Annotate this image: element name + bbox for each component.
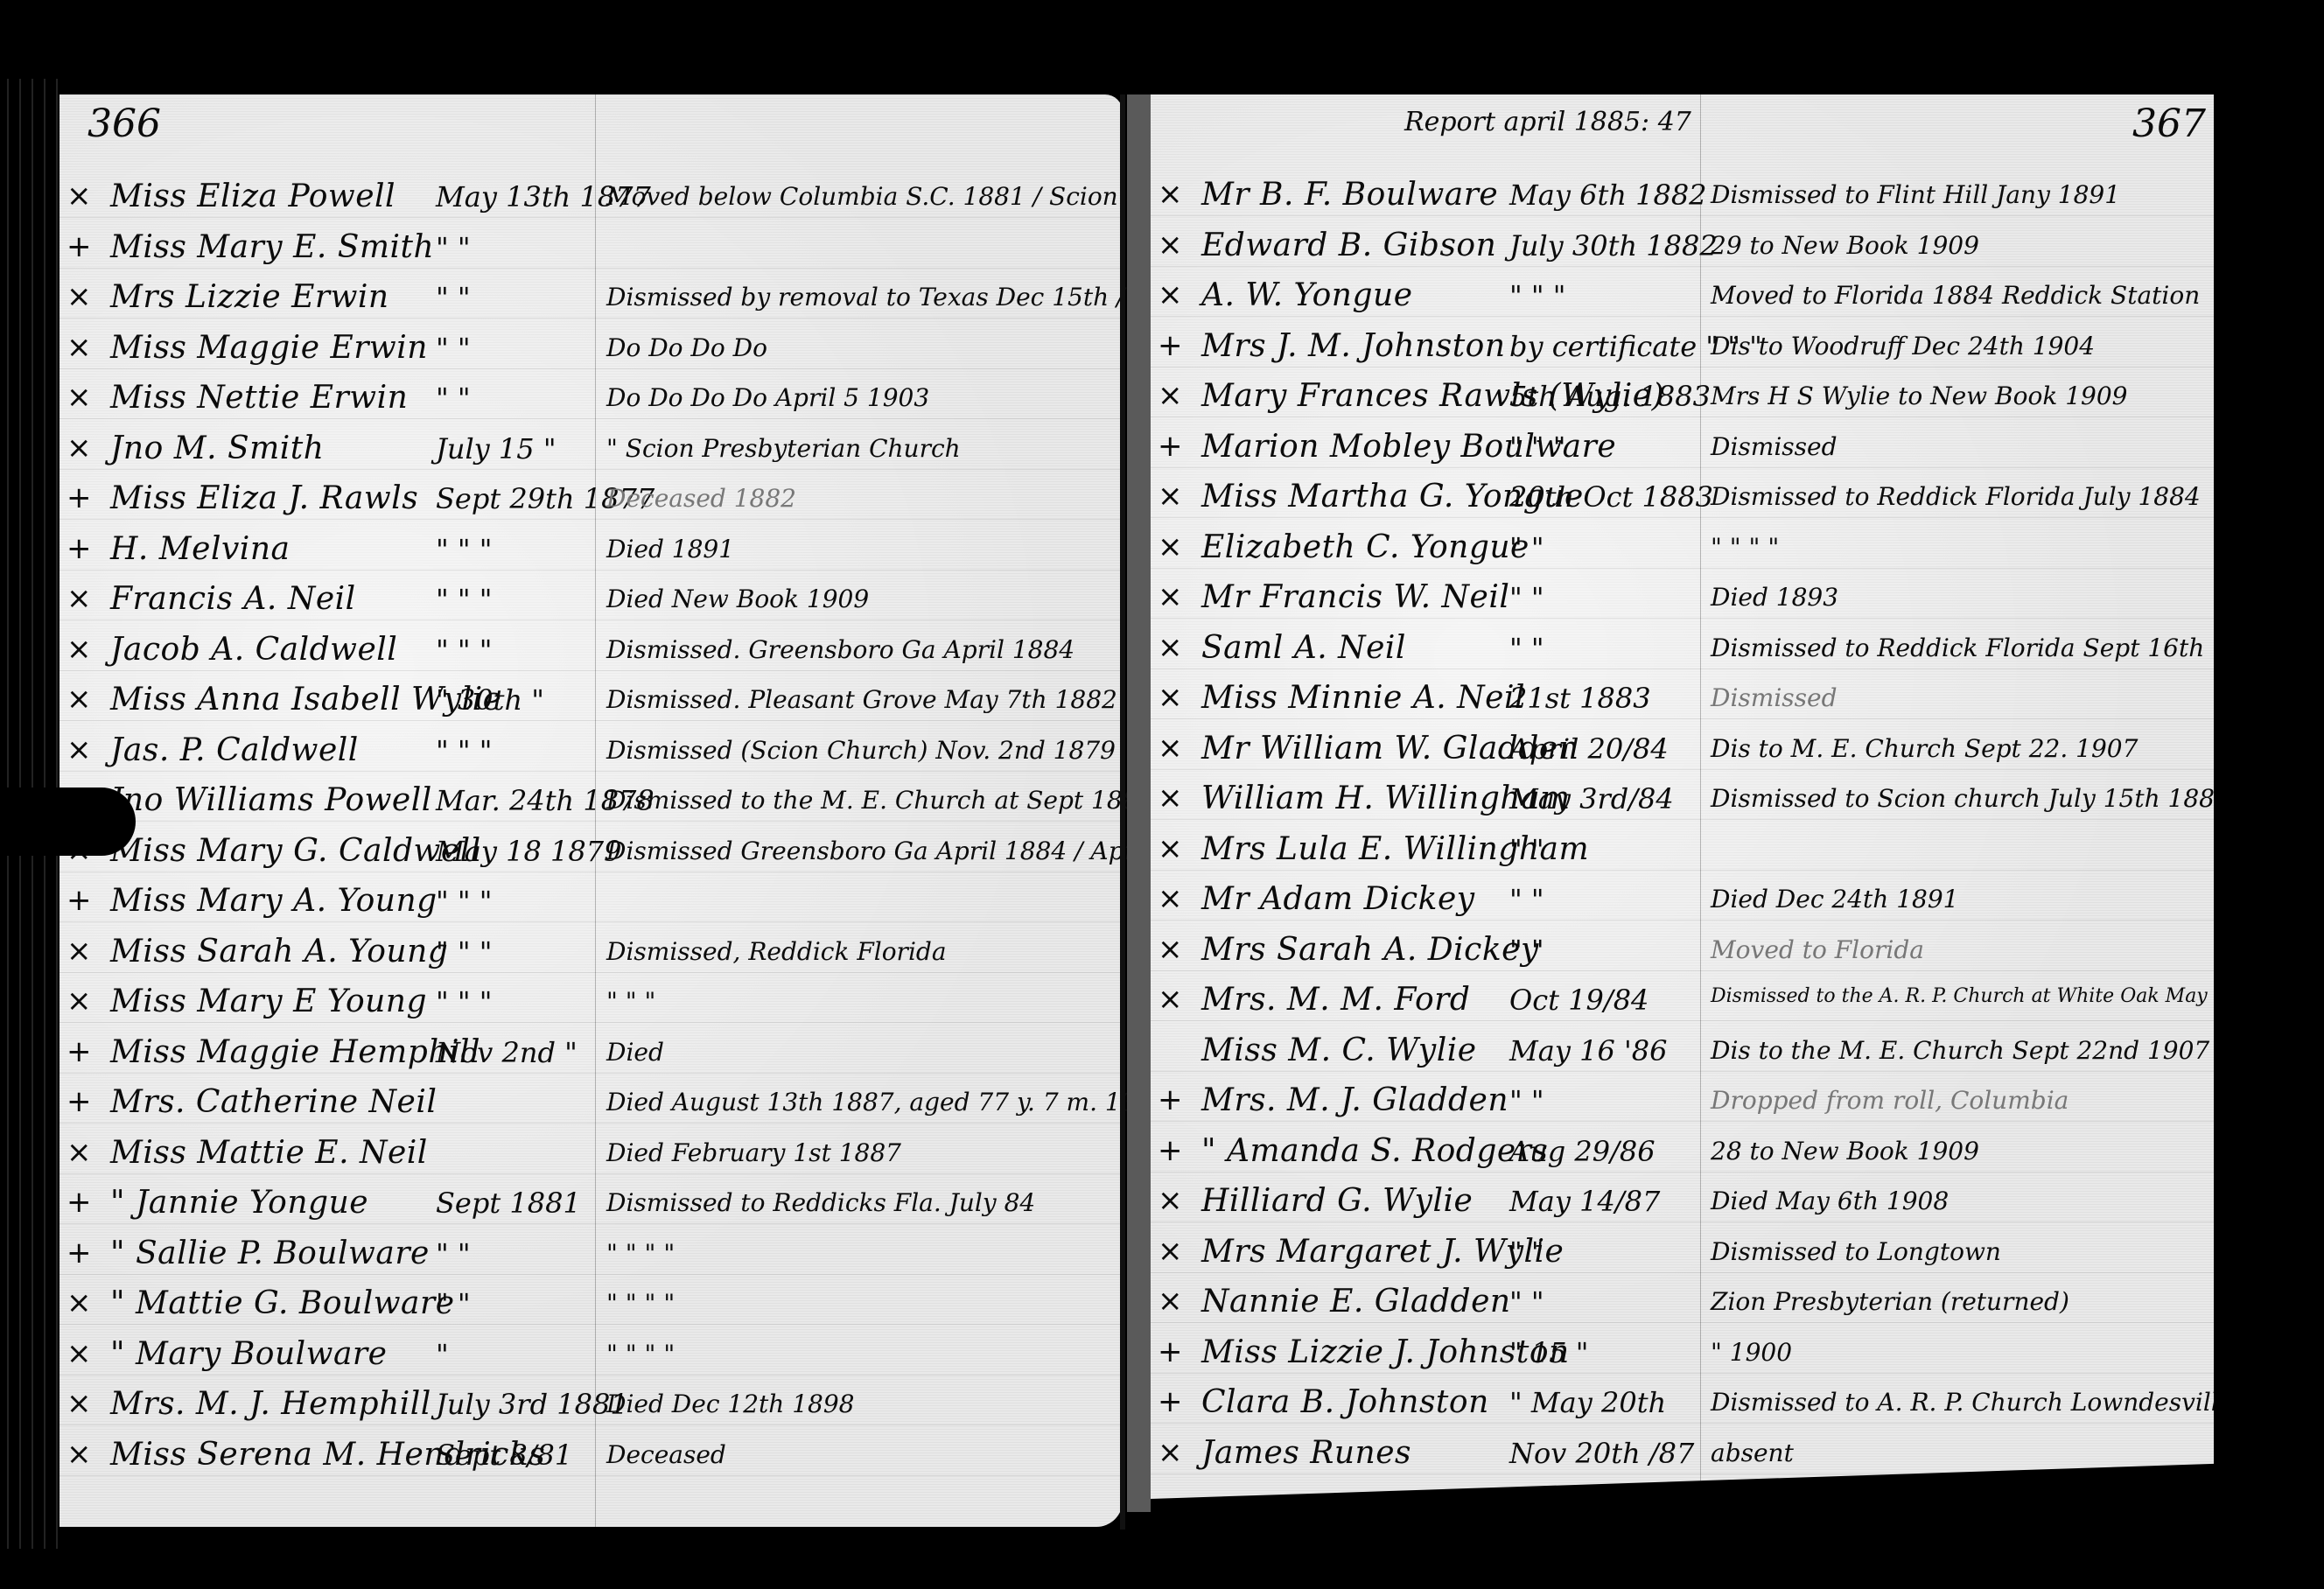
status-mark: × [66, 1285, 92, 1320]
status-mark: + [66, 480, 92, 515]
status-mark: × [1158, 378, 1183, 413]
remark-text: Died August 13th 1887, aged 77 y. 7 m. 1… [606, 1088, 1167, 1116]
remark-text: Dismissed [1711, 683, 1837, 712]
left-page: 366 ×Miss Eliza PowellMay 13th 1877Moved… [59, 94, 1123, 1527]
ruled-line [1151, 870, 2214, 871]
status-mark: + [66, 229, 92, 264]
ruled-line [59, 1424, 1123, 1425]
register-entry: ×Mr B. F. BoulwareMay 6th 1882Dismissed … [1151, 170, 2214, 219]
register-entry: +Miss Maggie HemphillNov 2nd "Died [59, 1027, 1123, 1076]
register-entry: ×Miss Anna Isabell Wylie" 30th "Dismisse… [59, 675, 1123, 724]
admission-date: " " [1509, 581, 1544, 614]
register-entry: ×Jas. P. Caldwell" " "Dismissed (Scion C… [59, 725, 1123, 774]
status-mark: + [1158, 1384, 1183, 1419]
admission-date: " 30th " [436, 683, 544, 717]
member-name: Mrs. M. J. Gladden [1201, 1082, 1508, 1118]
ruled-line [59, 821, 1123, 822]
member-name: Miss Mary E. Smith [110, 229, 434, 265]
status-mark: + [1158, 1082, 1183, 1117]
remark-text: Dis to Woodruff Dec 24th 1904 [1711, 332, 2095, 360]
status-mark: × [66, 581, 92, 616]
admission-date: May 16 '86 [1509, 1034, 1668, 1067]
status-mark: × [1158, 479, 1183, 514]
member-name: Mrs J. M. Johnston [1201, 328, 1506, 364]
admission-date: July 15 " [436, 432, 556, 465]
ruled-line [1151, 266, 2214, 267]
admission-date: " May 20th [1509, 1386, 1666, 1419]
member-name: Saml A. Neil [1201, 630, 1406, 666]
ruled-line [59, 871, 1123, 872]
member-name: Clara B. Johnston [1201, 1384, 1489, 1420]
admission-date: " " " [1509, 430, 1566, 464]
admission-date: Nov 2nd " [436, 1036, 577, 1069]
register-entry: +Mrs. M. J. Gladden" "Dropped from roll,… [1151, 1075, 2214, 1124]
remark-text: Dismissed, Reddick Florida [606, 937, 947, 966]
register-entry: ×Jno M. SmithJuly 15 "" Scion Presbyteri… [59, 423, 1123, 472]
register-entry: +Mrs. Catherine NeilDied August 13th 188… [59, 1077, 1123, 1126]
register-entry: +Miss Lizzie J. Johnston" 15 "" 1900 [1151, 1327, 2214, 1376]
register-entry: +Mrs J. M. Johnstonby certificate " " "D… [1151, 321, 2214, 370]
member-name: Mrs Lizzie Erwin [110, 279, 389, 315]
member-name: Elizabeth C. Yongue [1201, 529, 1529, 565]
register-entry: ×Mrs Sarah A. Dickey" "Moved to Florida [1151, 925, 2214, 974]
ruled-line [59, 570, 1123, 570]
register-entry: +Clara B. Johnston" May 20thDismissed to… [1151, 1377, 2214, 1426]
remark-text: " 1900 [1711, 1338, 1792, 1367]
remark-text: Moved to Florida [1711, 935, 1924, 964]
member-name: Miss Eliza Powell [110, 178, 395, 214]
remark-text: 28 to New Book 1909 [1711, 1137, 1979, 1165]
ruled-line [1151, 467, 2214, 468]
ruled-line [1151, 215, 2214, 216]
member-name: " Jannie Yongue [110, 1185, 368, 1221]
ruled-line [1151, 1221, 2214, 1222]
ruled-line [1151, 970, 2214, 971]
remark-text: " " " " [606, 1239, 675, 1268]
register-entry: ×James RunesNov 20th /87absent [1151, 1428, 2214, 1477]
register-entry: ×William H. WillinghamMay 3rd/84Dismisse… [1151, 773, 2214, 822]
status-mark: + [66, 1235, 92, 1270]
status-mark: × [1158, 731, 1183, 766]
register-entry: Jno Williams PowellMar. 24th 1878Dismiss… [59, 775, 1123, 824]
status-mark: × [1158, 932, 1183, 967]
remark-text: Mrs H S Wylie to New Book 1909 [1711, 381, 2127, 410]
remark-text: Dismissed (Scion Church) Nov. 2nd 1879 [606, 736, 1116, 765]
register-entry: ×Hilliard G. WylieMay 14/87Died May 6th … [1151, 1176, 2214, 1225]
admission-date: " " [1509, 531, 1544, 564]
admission-date: " " [1509, 1084, 1544, 1117]
status-mark: × [66, 1437, 92, 1472]
admission-date: " " [1509, 883, 1544, 916]
remark-text: Dis to the M. E. Church Sept 22nd 1907 [1711, 1036, 2209, 1065]
register-entry: +" Amanda S. RodgersAug 29/8628 to New B… [1151, 1126, 2214, 1175]
admission-date: " " " [436, 734, 493, 767]
member-name: Miss Mary E Young [110, 983, 427, 1019]
ruled-line [1151, 1020, 2214, 1021]
ruled-line [1151, 1272, 2214, 1273]
ruled-line [1151, 517, 2214, 518]
status-mark: × [1158, 1234, 1183, 1269]
member-name: Mrs. M. J. Hemphill [110, 1386, 431, 1422]
ruled-line [1151, 668, 2214, 669]
member-name: Jas. P. Caldwell [110, 732, 359, 768]
member-name: James Runes [1201, 1435, 1411, 1471]
ruled-line [1151, 920, 2214, 920]
register-entry: +Miss Eliza J. RawlsSept 29th 1877Deceas… [59, 473, 1123, 522]
member-name: Hilliard G. Wylie [1201, 1183, 1473, 1219]
admission-date: " " " [436, 533, 493, 566]
admission-date: " " [1509, 632, 1544, 665]
ruled-line [59, 217, 1123, 218]
remark-text: Dropped from roll, Columbia [1711, 1086, 2068, 1115]
register-entry: ×Miss Nettie Erwin" "Do Do Do Do April 5… [59, 373, 1123, 422]
admission-date: " " [436, 1287, 471, 1320]
ruled-line [59, 670, 1123, 671]
ruled-line [1151, 618, 2214, 619]
admission-date: July 30th 1882 [1509, 229, 1718, 262]
member-name: Miss M. C. Wylie [1201, 1032, 1477, 1068]
report-note: Report april 1885: 47 [1404, 107, 1691, 137]
admission-date: May 18 1879 [436, 835, 621, 868]
ruled-line [1151, 1373, 2214, 1374]
status-mark: + [1158, 328, 1183, 363]
remark-text: Dismissed to Reddicks Fla. July 84 [606, 1188, 1035, 1217]
page-number-right: 367 [2132, 101, 2206, 146]
register-entry: ×" Mattie G. Boulware" "" " " " [59, 1278, 1123, 1327]
register-entry: ×Mary Frances Rawls (Wylie)5th Aug. 1883… [1151, 371, 2214, 420]
status-mark: × [66, 934, 92, 969]
register-entry: +" Sallie P. Boulware" "" " " " [59, 1228, 1123, 1277]
binding-shadow [1127, 94, 1151, 1512]
status-mark: × [1158, 780, 1183, 815]
admission-date: " " [436, 381, 471, 415]
remark-text: Zion Presbyterian (returned) [1711, 1287, 2069, 1316]
remark-text: Dismissed to Reddick Florida Sept 16th 1… [1711, 633, 2274, 662]
status-mark: + [1158, 1334, 1183, 1369]
remark-text: Died Dec 12th 1898 [606, 1389, 854, 1418]
member-name: Miss Maggie Hemphill [110, 1034, 480, 1070]
ruled-line [1151, 1322, 2214, 1323]
status-mark: × [1158, 1435, 1183, 1470]
status-mark: × [1158, 277, 1183, 312]
register-entry: +Marion Mobley Boulware" " "Dismissed [1151, 422, 2214, 471]
ruled-line [59, 519, 1123, 520]
ruled-line [59, 1274, 1123, 1275]
remark-text: Dismissed to Longtown [1711, 1237, 2001, 1266]
thumb-shadow [0, 787, 136, 856]
register-entry: +" Jannie YongueSept 1881Dismissed to Re… [59, 1178, 1123, 1227]
admission-date: " " [436, 281, 471, 314]
ruled-line [1151, 718, 2214, 719]
remark-text: Dismissed. Pleasant Grove May 7th 1882 [606, 685, 1117, 714]
status-mark: × [1158, 227, 1183, 262]
member-name: Nannie E. Gladden [1201, 1284, 1511, 1319]
status-mark: × [66, 380, 92, 415]
status-mark: + [66, 1185, 92, 1220]
register-entry: ×Miss Maggie Erwin" "Do Do Do Do [59, 323, 1123, 372]
member-name: Jno M. Smith [110, 430, 324, 466]
ruled-line [59, 268, 1123, 269]
member-name: " Mattie G. Boulware [110, 1285, 455, 1321]
ruled-line [59, 1475, 1123, 1476]
admission-date: " " " [1509, 279, 1566, 312]
admission-date: " " " [436, 633, 493, 667]
remark-text: Dismissed to the A. R. P. Church at Whit… [1711, 985, 2324, 1007]
register-entry: ×Miss Minnie A. Neil21st 1883Dismissed [1151, 673, 2214, 722]
admission-date: May 6th 1882 [1509, 178, 1707, 212]
status-mark: × [1158, 1284, 1183, 1319]
admission-date: April 20/84 [1509, 732, 1669, 766]
remark-text: " " " [606, 987, 655, 1016]
admission-date: " " [436, 1237, 471, 1270]
register-entry: ×Mrs Lula E. Willingham" " [1151, 824, 2214, 873]
register-entry: ×Mrs Lizzie Erwin" "Dismissed by removal… [59, 272, 1123, 321]
admission-date: " " [1509, 934, 1544, 967]
member-name: Miss Mattie E. Neil [110, 1135, 428, 1171]
member-name: Jno Williams Powell [110, 782, 432, 818]
status-mark: × [1158, 831, 1183, 866]
ruled-line [59, 1073, 1123, 1074]
remark-text: " " " " [1711, 533, 1779, 562]
ruled-line [59, 1022, 1123, 1023]
register-entry: ×Mrs. M. J. HemphillJuly 3rd 1881Died De… [59, 1379, 1123, 1428]
remark-text: Died May 6th 1908 [1711, 1186, 1949, 1215]
remark-text: Do Do Do Do [606, 333, 767, 362]
register-entry: ×Mrs Margaret J. Wylie" "Dismissed to Lo… [1151, 1227, 2214, 1276]
remark-text: Dis to M. E. Church Sept 22. 1907 [1711, 734, 2138, 763]
register-entry: Miss M. C. WylieMay 16 '86Dis to the M. … [1151, 1025, 2214, 1074]
member-name: H. Melvina [110, 531, 290, 567]
remark-text: Dismissed [1711, 432, 1837, 461]
remark-text: Dismissed to A. R. P. Church Lowndesvill… [1711, 1388, 2233, 1417]
admission-date: May 3rd/84 [1509, 782, 1674, 815]
register-entry: ×Saml A. Neil" "Dismissed to Reddick Flo… [1151, 623, 2214, 672]
status-mark: × [1158, 1183, 1183, 1218]
admission-date: 20th Oct 1883 [1509, 480, 1713, 514]
ruled-line [1151, 769, 2214, 770]
admission-date: Sept 1881 [436, 1186, 581, 1220]
ruled-line [1151, 416, 2214, 417]
ruled-line [1151, 1121, 2214, 1122]
register-entry: +Miss Mary E. Smith" " [59, 222, 1123, 271]
ruled-line [59, 972, 1123, 973]
admission-date: Nov 20th /87 [1509, 1437, 1694, 1470]
ruled-line [1151, 819, 2214, 820]
member-name: Mrs. M. M. Ford [1201, 982, 1470, 1018]
ruled-line [1151, 1071, 2214, 1072]
remark-text: Deceased [606, 1440, 726, 1469]
register-entry: ×Mrs. M. M. FordOct 19/84Dismissed to th… [1151, 975, 2214, 1024]
remark-text: Moved to Florida 1884 Reddick Station [1711, 281, 2200, 310]
status-mark: × [66, 632, 92, 667]
admission-date: 21st 1883 [1509, 682, 1651, 715]
register-entry: ×Miss Mary G. CaldwellMay 18 1879Dismiss… [59, 826, 1123, 875]
member-name: A. W. Yongue [1201, 277, 1413, 313]
remark-text: " " " " [606, 1289, 675, 1318]
register-entry: ×Miss Martha G. Yongue20th Oct 1883Dismi… [1151, 472, 2214, 521]
admission-date: " " [436, 231, 471, 264]
remark-text: Died New Book 1909 [606, 584, 869, 613]
remark-text: Dismissed to Flint Hill Jany 1891 [1711, 180, 2120, 209]
status-mark: × [66, 1336, 92, 1371]
right-page: Report april 1885: 47 367 ×Mr B. F. Boul… [1151, 94, 2214, 1499]
remark-text: Died 1891 [606, 535, 734, 563]
ruled-line [59, 1173, 1123, 1174]
ruled-line [59, 1223, 1123, 1224]
member-name: Mr Francis W. Neil [1201, 579, 1509, 615]
binding-line [1120, 94, 1125, 1529]
status-mark: + [66, 1034, 92, 1069]
admission-date: 5th Aug. 1883 [1509, 380, 1711, 413]
remark-text: Died [606, 1038, 664, 1067]
remark-text: Died 1893 [1711, 583, 1838, 612]
member-name: Mrs. Catherine Neil [110, 1084, 437, 1120]
ruled-line [1151, 568, 2214, 569]
status-mark: × [1158, 630, 1183, 665]
register-entry: ×Miss Eliza PowellMay 13th 1877Moved bel… [59, 171, 1123, 220]
ruled-line [59, 418, 1123, 419]
register-entry: +Miss Mary A. Young" " " [59, 876, 1123, 925]
register-entry: ×Nannie E. Gladden" "Zion Presbyterian (… [1151, 1277, 2214, 1326]
status-mark: × [66, 178, 92, 213]
admission-date: May 14/87 [1509, 1185, 1660, 1218]
remark-text: " Scion Presbyterian Church [606, 434, 961, 463]
admission-date: " " [1509, 1285, 1544, 1319]
status-mark: × [66, 1386, 92, 1421]
remark-text: Dismissed to Scion church July 15th 1886… [1711, 784, 2324, 813]
register-entry: ×Mr William W. GladdenApril 20/84Dis to … [1151, 724, 2214, 773]
member-name: Jacob A. Caldwell [110, 632, 397, 668]
member-name: Miss Nettie Erwin [110, 380, 408, 416]
status-mark: × [1158, 881, 1183, 916]
ruled-line [59, 619, 1123, 620]
status-mark: × [1158, 982, 1183, 1017]
status-mark: × [66, 983, 92, 1018]
member-name: Miss Eliza J. Rawls [110, 480, 418, 516]
register-entry: ×Jacob A. Caldwell" " "Dismissed. Greens… [59, 625, 1123, 674]
status-mark: × [66, 330, 92, 365]
member-name: " Mary Boulware [110, 1336, 387, 1372]
member-name: Miss Mary A. Young [110, 883, 437, 919]
member-name: Mr B. F. Boulware [1201, 177, 1498, 213]
status-mark: + [1158, 1133, 1183, 1168]
status-mark: × [66, 682, 92, 717]
ruled-line [59, 771, 1123, 772]
register-entry: ×Francis A. Neil" " "Died New Book 1909 [59, 574, 1123, 623]
ruled-line [59, 1324, 1123, 1325]
status-mark: + [66, 883, 92, 918]
register-entry: ×Miss Serena M. HendricksSept 8/81Deceas… [59, 1430, 1123, 1479]
member-name: " Sallie P. Boulware [110, 1235, 430, 1271]
remark-text: absent [1711, 1438, 1794, 1467]
register-entry: ×A. W. Yongue" " "Moved to Florida 1884 … [1151, 270, 2214, 319]
member-name: Miss Minnie A. Neil [1201, 680, 1525, 716]
member-name: Edward B. Gibson [1201, 227, 1496, 263]
admission-date: " " [1509, 833, 1544, 866]
admission-date: Aug 29/86 [1509, 1135, 1655, 1168]
remark-text: Deceased 1882 [606, 484, 796, 513]
remark-text: Died February 1st 1887 [606, 1138, 901, 1167]
ruled-line [59, 1123, 1123, 1123]
status-mark: × [1158, 579, 1183, 614]
admission-date: " " [1509, 1235, 1544, 1269]
register-entry: ×Miss Sarah A. Young" " "Dismissed, Redd… [59, 927, 1123, 976]
member-name: Miss Sarah A. Young [110, 934, 448, 969]
member-name: Francis A. Neil [110, 581, 356, 617]
status-mark: × [66, 430, 92, 465]
ruled-line [1151, 1172, 2214, 1172]
register-entry: ×Miss Mary E Young" " "" " " [59, 976, 1123, 1025]
admission-date: " " " [436, 985, 493, 1018]
admission-date: " " " [436, 935, 493, 969]
status-mark: × [66, 1135, 92, 1170]
admission-date: Sept 8/81 [436, 1438, 572, 1472]
ruled-line [59, 318, 1123, 318]
admission-date: July 3rd 1881 [436, 1388, 628, 1421]
admission-date: " " [436, 332, 471, 365]
ruled-line [59, 368, 1123, 369]
member-name: " Amanda S. Rodgers [1201, 1133, 1548, 1169]
register-entry: ×Edward B. GibsonJuly 30th 188229 to New… [1151, 220, 2214, 269]
member-name: Miss Mary G. Caldwell [110, 833, 481, 869]
status-mark: + [66, 1084, 92, 1119]
ruled-line [59, 720, 1123, 721]
register-entry: ×Mr Adam Dickey" "Died Dec 24th 1891 [1151, 874, 2214, 923]
member-name: Mrs Sarah A. Dickey [1201, 932, 1539, 968]
status-mark: × [1158, 680, 1183, 715]
status-mark: + [66, 531, 92, 566]
admission-date: " " " [436, 583, 493, 616]
ruled-line [59, 921, 1123, 922]
ruled-line [1151, 367, 2214, 367]
ruled-line [59, 1375, 1123, 1375]
admission-date: Oct 19/84 [1509, 983, 1648, 1017]
member-name: Miss Maggie Erwin [110, 330, 428, 366]
status-mark: + [1158, 429, 1183, 464]
register-entry: ×" Mary Boulware"" " " " [59, 1329, 1123, 1378]
remark-text: Dismissed to the M. E. Church at Sept 18… [606, 786, 1153, 815]
status-mark: × [66, 279, 92, 314]
admission-date: " " " [436, 885, 493, 918]
ruled-line [1151, 1473, 2214, 1474]
status-mark: × [1158, 529, 1183, 564]
remark-text: 29 to New Book 1909 [1711, 231, 1979, 260]
ruled-line [59, 469, 1123, 470]
remark-text: Died Dec 24th 1891 [1711, 885, 1958, 913]
remark-text: Dismissed. Greensboro Ga April 1884 [606, 635, 1074, 664]
register-entry: ×Miss Mattie E. NeilDied February 1st 18… [59, 1128, 1123, 1177]
register-entry: +H. Melvina" " "Died 1891 [59, 524, 1123, 573]
status-mark: × [1158, 177, 1183, 212]
page-number-left: 366 [87, 101, 161, 146]
status-mark: × [66, 732, 92, 767]
admission-date: " 15 " [1509, 1336, 1589, 1369]
remark-text: Do Do Do Do April 5 1903 [606, 383, 929, 412]
member-name: Mr Adam Dickey [1201, 881, 1475, 917]
register-entry: ×Elizabeth C. Yongue" "" " " " [1151, 522, 2214, 571]
remark-text: Dismissed to Reddick Florida July 1884 [1711, 482, 2201, 511]
admission-date: " [436, 1338, 449, 1371]
ruled-line [1151, 316, 2214, 317]
register-entry: ×Mr Francis W. Neil" "Died 1893 [1151, 572, 2214, 621]
ruled-line [1151, 1423, 2214, 1424]
remark-text: " " " " [606, 1340, 675, 1368]
remark-text: Dismissed by removal to Texas Dec 15th /… [606, 283, 1156, 311]
